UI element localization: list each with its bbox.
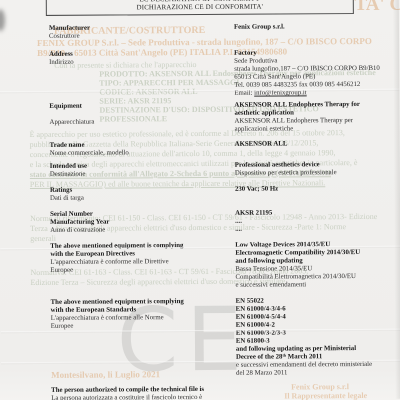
field-row: RatingsDati di targa230 Vac; 50 Hz [0, 185, 400, 203]
field-value: 230 Vac; 50 Hz [235, 185, 396, 202]
field-value-line: Fenix Group s.r.l. [234, 23, 395, 32]
field-label: The person authorized to compile the tec… [51, 386, 204, 400]
field-value: Fenix Group s.r.l. [234, 23, 395, 40]
field-label-line: Anno di costruzione [50, 226, 235, 235]
field-label: The above mentioned equipment is complyi… [51, 298, 236, 379]
field-label-line: Indirizzo [49, 58, 234, 67]
field-row: The person authorized to compile the tec… [1, 385, 400, 400]
field-value: EN 55022EN 61000/4-3/4-6EN 61000/4-5/4-4… [236, 297, 397, 378]
field-value: Professional aesthetics deviceDispositiv… [235, 161, 396, 178]
scanned-document-page: DICHIARAZIONE DI CONFORMITA' CEFABBRICAN… [0, 0, 400, 400]
field-row: ManufacturerCostruttoreFenix Group s.r.l… [0, 23, 399, 41]
field-row: Serial NumberManufacturing YearAnno di c… [0, 209, 400, 235]
field-value-line: Dispositivo per estetica professionale [235, 169, 396, 178]
field-label-line: Nome commerciale, modello [50, 149, 235, 158]
field-label: Intended useDestinazione [50, 162, 235, 179]
field-value-line: del 28 Marzo 2011 [236, 369, 397, 378]
field-label: Serial NumberManufacturing YearAnno di c… [50, 210, 235, 235]
field-label-line: La persona autorizzata a costituire il f… [51, 394, 204, 400]
field-row: Intended useDestinazioneProfessional aes… [0, 161, 400, 179]
field-label: ManufacturerCostruttore [49, 24, 234, 41]
declaration-title-box: EC DECLARATION OF CONFORMITY DICHIARAZIO… [46, 0, 354, 16]
field-value-line: e successivi emendamenti [236, 281, 397, 290]
field-label: RatingsDati di targa [50, 186, 235, 203]
field-label-line: Dati di targa [50, 194, 235, 203]
field-value-line: AKSENSOR ALL [235, 140, 396, 149]
field-label-line: Costruttore [49, 32, 234, 41]
field-value-line: applicazioni estetiche [235, 125, 396, 134]
field-label: Trade nameNome commerciale, modello [50, 141, 235, 158]
field-label-line: Destinazione [50, 170, 235, 179]
fields-list: ManufacturerCostruttoreFenix Group s.r.l… [0, 23, 400, 400]
field-label-line: Europee [50, 266, 235, 275]
field-value: AKSENSOR ALL Endopheres Therapy foraesth… [234, 101, 395, 134]
document-title-it: DICHIARAZIONE CE DI CONFORMITA' [47, 3, 353, 13]
field-value-line: 230 Vac; 50 Hz [235, 185, 396, 194]
field-row: The above mentioned equipment is complyi… [1, 297, 400, 379]
field-value: AKSENSOR ALL [235, 140, 396, 157]
field-label: Equipment Apparecchiatura [49, 102, 234, 135]
field-row: Trade nameNome commerciale, modelloAKSEN… [0, 140, 400, 158]
field-value-line: .... [235, 225, 396, 234]
field-label-line: Apparecchiatura [50, 118, 235, 127]
field-value: AKSR 21195........ [235, 209, 396, 234]
field-row: Equipment ApparecchiaturaAKSENSOR ALL En… [0, 101, 400, 135]
field-value [204, 385, 397, 400]
